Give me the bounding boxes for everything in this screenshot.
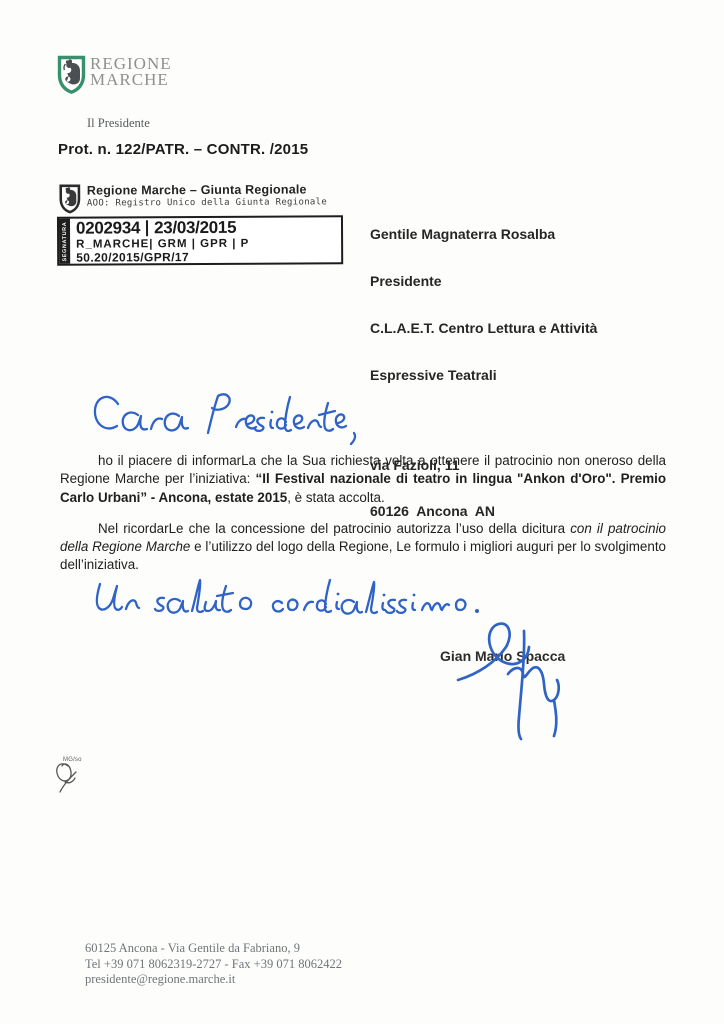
protocol-stamp: Regione Marche – Giunta Regionale AOO: R… xyxy=(57,182,343,265)
recipient-line: C.L.A.E.T. Centro Lettura e Attività xyxy=(370,321,597,337)
stamp-shield-icon xyxy=(59,184,81,214)
stamp-org-line: Regione Marche – Giunta Regionale xyxy=(87,182,327,197)
regione-marche-logo: REGIONE MARCHE xyxy=(57,55,172,94)
stamp-number: 0202934 xyxy=(76,219,140,237)
initials-text: MG/so xyxy=(63,757,82,763)
sender-role: Il Presidente xyxy=(87,116,150,131)
marche-shield-icon xyxy=(57,55,86,94)
handwritten-salutation xyxy=(90,390,364,446)
footer-address: 60125 Ancona - Via Gentile da Fabriano, … xyxy=(85,941,342,957)
recipient-line: Espressive Teatrali xyxy=(370,368,597,384)
logo-line2: MARCHE xyxy=(90,72,172,88)
body-paragraph-1: ho il piacere di informarLa che la Sua r… xyxy=(60,452,666,507)
footer-email: presidente@regione.marche.it xyxy=(85,972,342,988)
logo-wordmark: REGIONE MARCHE xyxy=(90,56,172,88)
stamp-code-line: R_MARCHE| GRM | GPR | P xyxy=(76,237,341,250)
protocol-number: Prot. n. 122/PATR. – CONTR. /2015 xyxy=(58,141,308,158)
stamp-header: Regione Marche – Giunta Regionale AOO: R… xyxy=(57,182,343,213)
stamp-aoo-line: AOO: Registro Unico della Giunta Regiona… xyxy=(87,197,327,208)
recipient-line: Gentile Magnaterra Rosalba xyxy=(370,227,597,243)
stamp-date: 23/03/2015 xyxy=(154,219,236,237)
recipient-line: Presidente xyxy=(370,274,597,290)
stamp-box: SEGNATURA 0202934 23/03/2015 R_MARCHE| G… xyxy=(57,215,343,265)
body-paragraph-2: Nel ricordarLe che la concessione del pa… xyxy=(60,520,666,575)
letter-page: REGIONE MARCHE Il Presidente Prot. n. 12… xyxy=(0,0,724,1024)
stamp-side-label: SEGNATURA xyxy=(59,219,70,264)
stamp-number-date: 0202934 23/03/2015 xyxy=(76,218,341,237)
stamp-divider xyxy=(146,220,148,236)
stamp-class-line: 50.20/2015/GPR/17 xyxy=(76,250,341,264)
signature-scrawl xyxy=(450,616,586,750)
letter-footer: 60125 Ancona - Via Gentile da Fabriano, … xyxy=(85,941,342,988)
letter-body: ho il piacere di informarLa che la Sua r… xyxy=(60,452,666,588)
footer-phone-fax: Tel +39 071 8062319-2727 - Fax +39 071 8… xyxy=(85,957,342,973)
initials-mark: MG/so xyxy=(52,755,86,802)
